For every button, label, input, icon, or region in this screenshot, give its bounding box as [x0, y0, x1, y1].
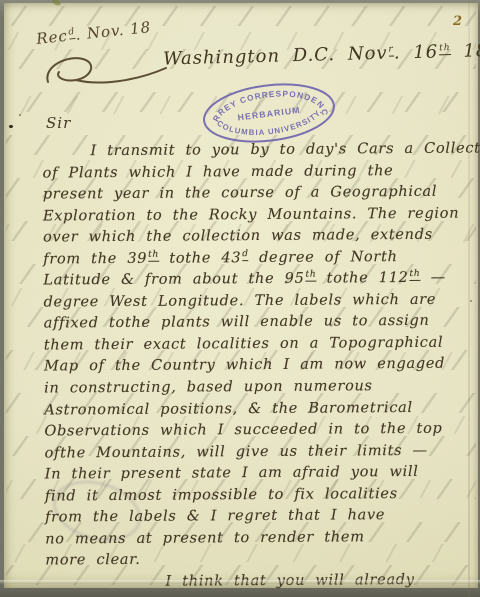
superscript: th — [148, 250, 159, 262]
bottom-crease — [0, 580, 480, 584]
letter-body: I transmit to you by to day's Cars a Col… — [42, 139, 475, 594]
letter-line: over which the collection was made, exte… — [43, 225, 473, 250]
superscript: th — [439, 43, 451, 55]
page-number: 2 — [453, 14, 462, 29]
letter-line: in constructing, based upon numerous — [44, 376, 474, 401]
letter-line: In their present state I am afraid you w… — [45, 462, 475, 487]
vertical-fold-line — [468, 0, 470, 597]
letter-line: degree West Longitude. The labels which … — [43, 289, 473, 314]
letter-line: from the 39th tothe 43d degree of North — [43, 246, 473, 271]
superscript: d — [242, 249, 249, 261]
stamp-middle-text: HERBARIUM — [237, 105, 301, 123]
superscript: th — [305, 270, 316, 282]
letter-line: Exploration to the Rocky Mountains. The … — [43, 203, 473, 228]
letter-line: present year in the course of a Geograph… — [43, 182, 473, 207]
letter-line: no means at present to render them — [45, 526, 475, 551]
superscript: th — [409, 269, 420, 281]
letter-line: ofthe Mountains, will give us their limi… — [45, 440, 475, 465]
superscript: d — [68, 27, 76, 40]
letter-line: Observations which I succeeded in to the… — [44, 419, 474, 444]
superscript: r — [388, 45, 394, 57]
ink-speck — [19, 114, 21, 116]
answered-flourish — [40, 50, 170, 94]
letter-line: Latitude & from about the 95th tothe 112… — [43, 268, 473, 293]
letter-line: I transmit to you by to day's Cars a Col… — [42, 139, 472, 164]
letter-line: Map of the Country which I am now engage… — [44, 354, 474, 379]
letter-line: Astronomical positions, & the Barometric… — [44, 397, 474, 422]
letter-line: more clear. — [45, 548, 475, 573]
letter-line: from the labels & I regret that I have — [45, 505, 475, 530]
letter-line: find it almost impossible to fix localit… — [45, 483, 475, 508]
letter-line: of Plants which I have made during the — [43, 160, 473, 185]
salutation: Sir — [46, 114, 71, 132]
letter-line: affixed tothe plants will enable us to a… — [44, 311, 474, 336]
letter-line: them their exact localities on a Topogra… — [44, 332, 474, 357]
ink-speck — [9, 125, 13, 128]
letter-scan: Recd. Nov. 18 Washington D.C. Novr. 16th… — [0, 0, 480, 597]
